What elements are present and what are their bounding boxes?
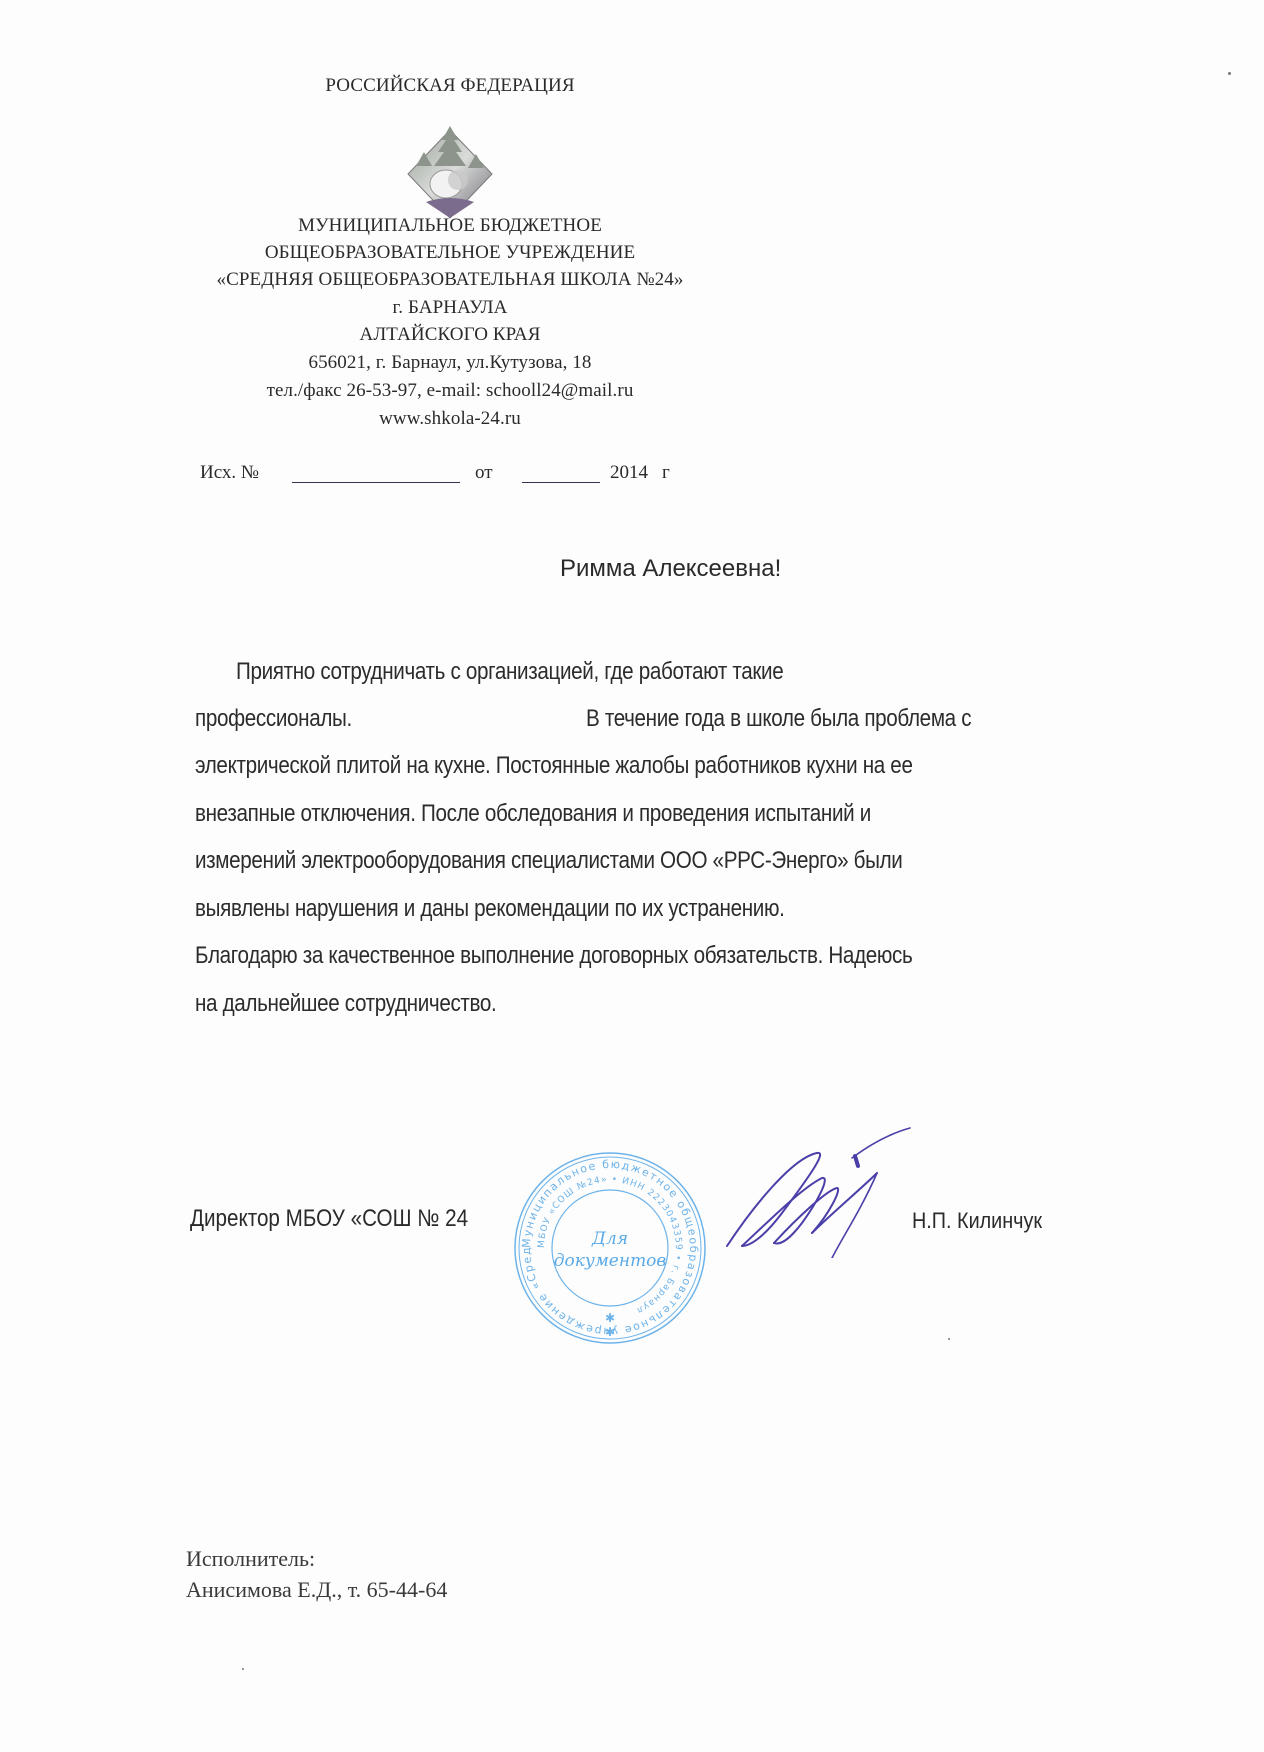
date-from-label: от: [475, 462, 493, 484]
stamp-center-text-2: документов: [554, 1251, 667, 1271]
signatory-title: Директор МБОУ «СОШ № 24: [190, 1205, 468, 1233]
org-line-1: МУНИЦИПАЛЬНОЕ БЮДЖЕТНОЕ: [180, 216, 720, 235]
svg-text:✱: ✱: [605, 1325, 615, 1339]
scan-speck: [242, 1668, 244, 1670]
executor-block: Исполнитель: Анисимова Е.Д., т. 65-44-64: [186, 1543, 447, 1605]
executor-details: Анисимова Е.Д., т. 65-44-64: [186, 1574, 447, 1605]
body-line-5: измерений электрооборудования специалист…: [195, 847, 902, 875]
body-line-4: внезапные отключения. После обследования…: [195, 800, 871, 828]
org-line-5: АЛТАЙСКОГО КРАЯ: [180, 325, 720, 344]
body-line-2a: профессионалы.: [195, 705, 352, 733]
outgoing-number-label: Исх. №: [200, 462, 259, 484]
handwritten-signature-icon: [712, 1118, 912, 1258]
org-line-2: ОБЩЕОБРАЗОВАТЕЛЬНОЕ УЧРЕЖДЕНИЕ: [180, 243, 720, 262]
executor-label: Исполнитель:: [186, 1543, 447, 1574]
letter-page: РОССИЙСКАЯ ФЕДЕРАЦИЯ МУНИЦИПАЛЬНОЕ БЮДЖЕ…: [0, 0, 1264, 1752]
scan-speck: [1228, 72, 1231, 75]
org-line-4: г. БАРНАУЛА: [180, 298, 720, 317]
org-line-3: «СРЕДНЯЯ ОБЩЕОБРАЗОВАТЕЛЬНАЯ ШКОЛА №24»: [180, 270, 720, 289]
body-line-6: выявлены нарушения и даны рекомендации п…: [195, 895, 784, 923]
year-suffix: г: [662, 462, 670, 484]
country-name: РОССИЙСКАЯ ФЕДЕРАЦИЯ: [180, 76, 720, 95]
website: www.shkola-24.ru: [180, 409, 720, 428]
outgoing-number-blank: [292, 482, 460, 483]
address: 656021, г. Барнаул, ул.Кутузова, 18: [180, 353, 720, 372]
signatory-name: Н.П. Килинчук: [912, 1208, 1042, 1234]
body-line-1: Приятно сотрудничать с организацией, где…: [236, 658, 783, 686]
contacts: тел./факс 26-53-97, e-mail: schooll24@ma…: [180, 381, 720, 400]
body-line-2b: В течение года в школе была проблема с: [586, 705, 971, 733]
svg-text:✱: ✱: [605, 1311, 615, 1325]
year: 2014: [610, 462, 648, 484]
body-line-8: на дальнейшее сотрудничество.: [195, 990, 496, 1018]
stamp-center-text-1: Для: [591, 1229, 628, 1249]
school-emblem-icon: [402, 124, 498, 220]
scan-speck: [948, 1338, 950, 1340]
body-line-7: Благодарю за качественное выполнение дог…: [195, 942, 912, 970]
body-line-3: электрической плитой на кухне. Постоянны…: [195, 752, 913, 780]
official-stamp-icon: Муниципальное бюджетное общеобразователь…: [512, 1150, 708, 1346]
date-blank: [522, 482, 600, 483]
salutation: Римма Алексеевна!: [560, 555, 781, 583]
